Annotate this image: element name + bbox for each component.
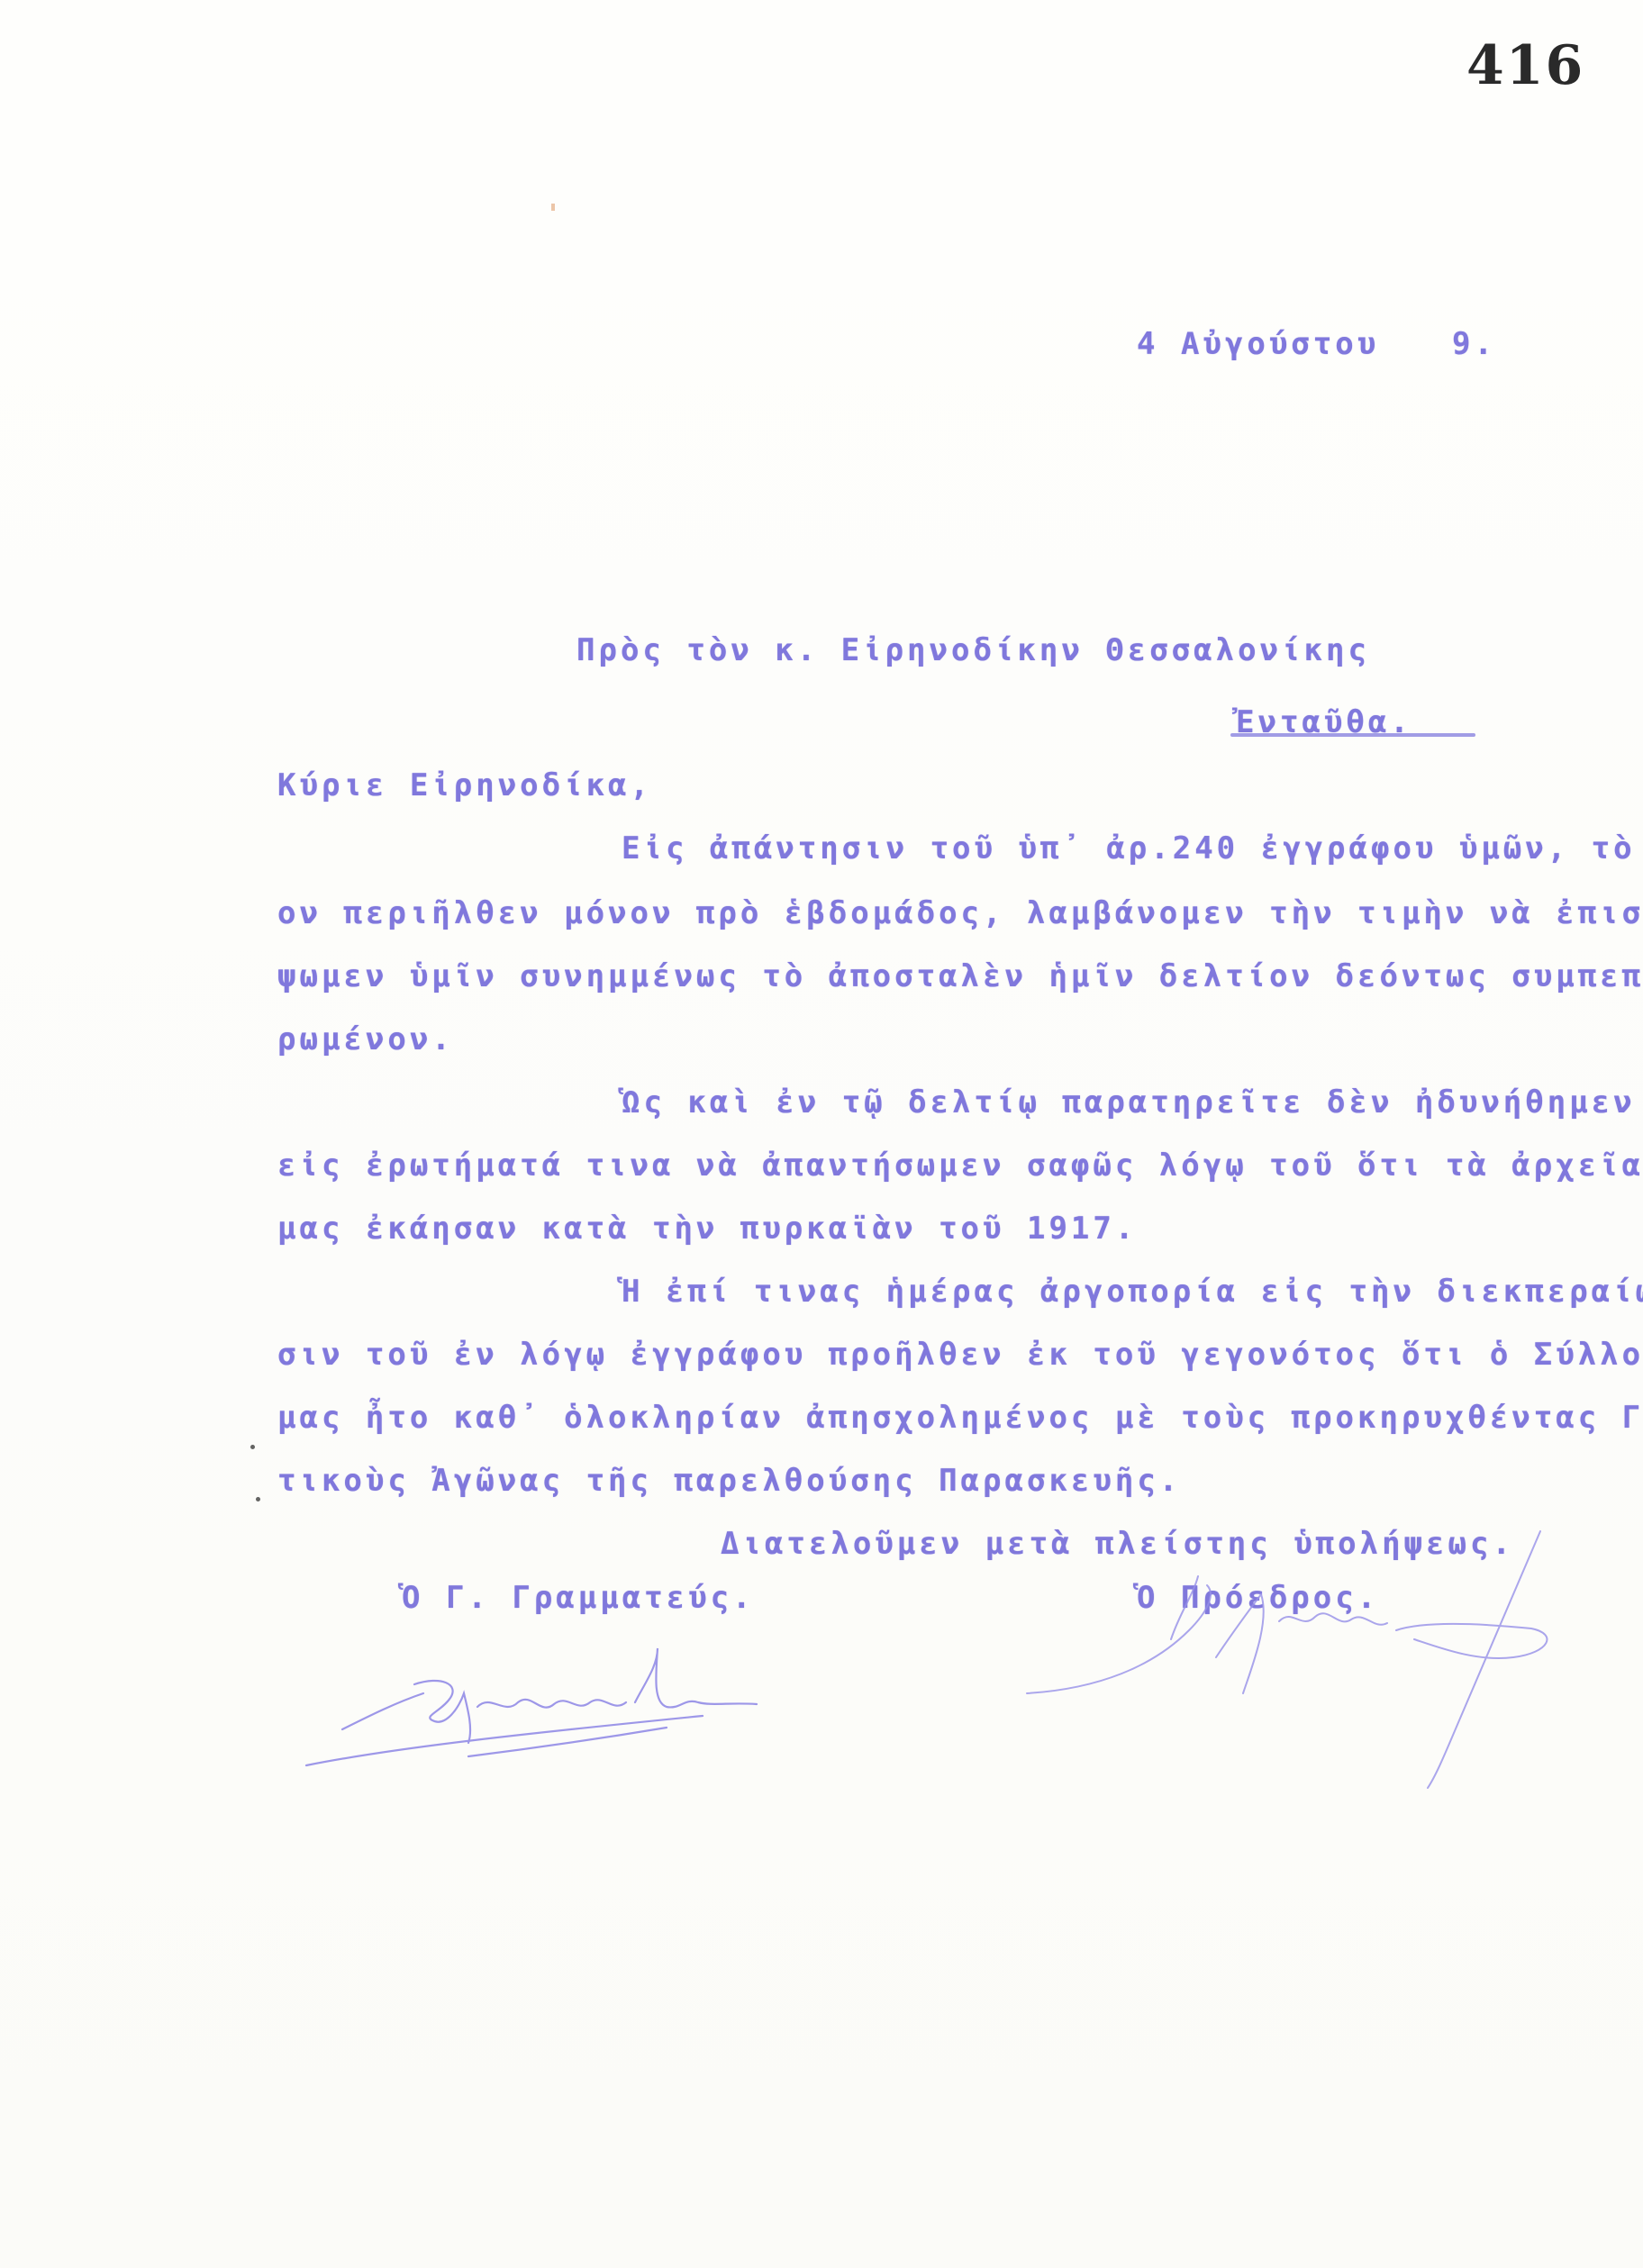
letter-date: 4 Αὐγούστου xyxy=(1137,326,1379,362)
paper-mark xyxy=(551,204,555,211)
location-underline xyxy=(1230,733,1475,737)
body-line: μας ἦτο καθ᾽ ὁλοκληρίαν ἀπησχολημένος μὲ… xyxy=(277,1400,1643,1436)
salutation: Κύριε Εἰρηνοδίκα, xyxy=(277,767,652,803)
document-page: 416 4 Αὐγούστου 9. Πρὸς τὸν κ. Εἰρηνοδίκ… xyxy=(0,0,1643,2268)
body-line: Ἡ ἐπί τινας ἡμέρας ἀργοπορία εἰς τὴν διε… xyxy=(622,1274,1643,1310)
body-line: ρωμένον. xyxy=(277,1021,454,1057)
body-line: ον περιῆλθεν μόνον πρὸ ἑβδομάδος, λαμβάν… xyxy=(277,895,1643,931)
body-line: ψωμεν ὑμῖν συνημμένως τὸ ἀποσταλὲν ἡμῖν … xyxy=(277,958,1643,994)
body-line: εἰς ἐρωτήματά τινα νὰ ἀπαντήσωμεν σαφῶς … xyxy=(277,1148,1643,1184)
body-line: Εἰς ἀπάντησιν τοῦ ὑπ᾽ ἀρ.240 ἐγγράφου ὑμ… xyxy=(622,830,1643,866)
ink-speck xyxy=(256,1497,260,1501)
president-signature xyxy=(991,1522,1585,1792)
ink-speck xyxy=(250,1445,255,1449)
secretary-signature xyxy=(288,1630,793,1774)
body-line: Ὡς καὶ ἐν τῷ δελτίῳ παρατηρεῖτε δὲν ἠδυν… xyxy=(622,1084,1636,1120)
recipient-line: Πρὸς τὸν κ. Εἰρηνοδίκην Θεσσαλονίκης xyxy=(576,632,1370,668)
secretary-title: Ὁ Γ. Γραμματεύς. xyxy=(402,1580,755,1616)
page-number: 416 xyxy=(1466,34,1584,97)
letter-year: 9. xyxy=(1452,326,1496,362)
body-line: τικοὺς Ἀγῶνας τῆς παρελθούσης Παρασκευῆς… xyxy=(277,1463,1181,1499)
body-line: σιν τοῦ ἐν λόγῳ ἐγγράφου προῆλθεν ἐκ τοῦ… xyxy=(277,1337,1643,1373)
body-line: μας ἐκάησαν κατὰ τὴν πυρκαϊὰν τοῦ 1917. xyxy=(277,1211,1137,1247)
